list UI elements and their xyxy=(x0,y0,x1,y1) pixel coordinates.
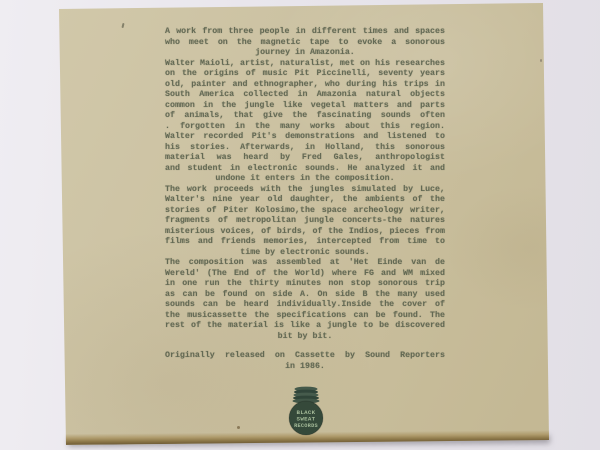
liner-line: as can be found on side A. On side B the… xyxy=(165,290,445,301)
liner-line: journey in Amazonia. xyxy=(165,48,445,59)
logo-text-records: RECORDS xyxy=(294,423,318,429)
liner-line: his stories. Afterwards, in Holland, thi… xyxy=(165,143,445,154)
liner-line: stories of Piter Kolosimo,the space arch… xyxy=(165,206,445,217)
liner-line: time by electronic sounds. xyxy=(165,248,445,259)
liner-line: who meet on the magnetic tape to evoke a… xyxy=(165,38,445,49)
liner-line: misterious voices, of birds, of the Indi… xyxy=(165,227,445,238)
liner-line: undone it enters in the composition. xyxy=(165,174,445,185)
liner-line: Walter Maioli, artist, naturalist, met o… xyxy=(165,59,445,70)
liner-line: common in the jungle like vegetal matter… xyxy=(165,101,445,112)
liner-line: and student in electronic sounds. He ana… xyxy=(165,164,445,175)
liner-line: Originally released on Cassette by Sound… xyxy=(165,351,445,362)
liner-line: sounds can be heard individually.Inside … xyxy=(165,300,445,311)
liner-line: A work from three people in different ti… xyxy=(165,27,445,38)
liner-line: Walter's nine year old daughter, the amb… xyxy=(165,195,445,206)
black-sweat-records-logo: BLACK SWEAT RECORDS xyxy=(278,386,334,438)
paper-speck xyxy=(540,59,542,62)
liner-line: fragments of metropolitan jungle concert… xyxy=(165,216,445,227)
liner-line: bit by bit. xyxy=(165,332,445,343)
liner-line: the musicassette the specifications can … xyxy=(165,311,445,322)
liner-line: on the origins of music Pit Piccinelli, … xyxy=(165,69,445,80)
liner-line: rest of the material is like a jungle to… xyxy=(165,321,445,332)
liner-line: Walter recorded Pit's demonstrations and… xyxy=(165,132,445,143)
liner-line: . forgotten in the many works about this… xyxy=(165,122,445,133)
liner-line: of animals, that give the fascinating so… xyxy=(165,111,445,122)
liner-line: South America collected in Amazonia natu… xyxy=(165,90,445,101)
paper-speck xyxy=(237,426,240,429)
paper-mark xyxy=(121,23,124,28)
liner-line: in one run the thirty minutes non stop s… xyxy=(165,279,445,290)
cd-sleeve-back-cover: A work from three people in different ti… xyxy=(0,0,600,450)
liner-notes-text: A work from three people in different ti… xyxy=(165,27,445,372)
liner-line: films and friends memories, intercepted … xyxy=(165,237,445,248)
liner-line: The composition was assembled at 'Het Ei… xyxy=(165,258,445,269)
liner-line: Wereld' (The End of the World) where FG … xyxy=(165,269,445,280)
photo-backdrop: A work from three people in different ti… xyxy=(0,0,600,450)
liner-line: in 1986. xyxy=(165,362,445,373)
liner-line: material was heard by Fred Gales, anthro… xyxy=(165,153,445,164)
liner-line: The work proceeds with the jungles simul… xyxy=(165,185,445,196)
logo-text-sweat: SWEAT xyxy=(297,416,316,423)
liner-gap xyxy=(165,342,445,351)
liner-line: old, painter and ethnographer, who durin… xyxy=(165,80,445,91)
